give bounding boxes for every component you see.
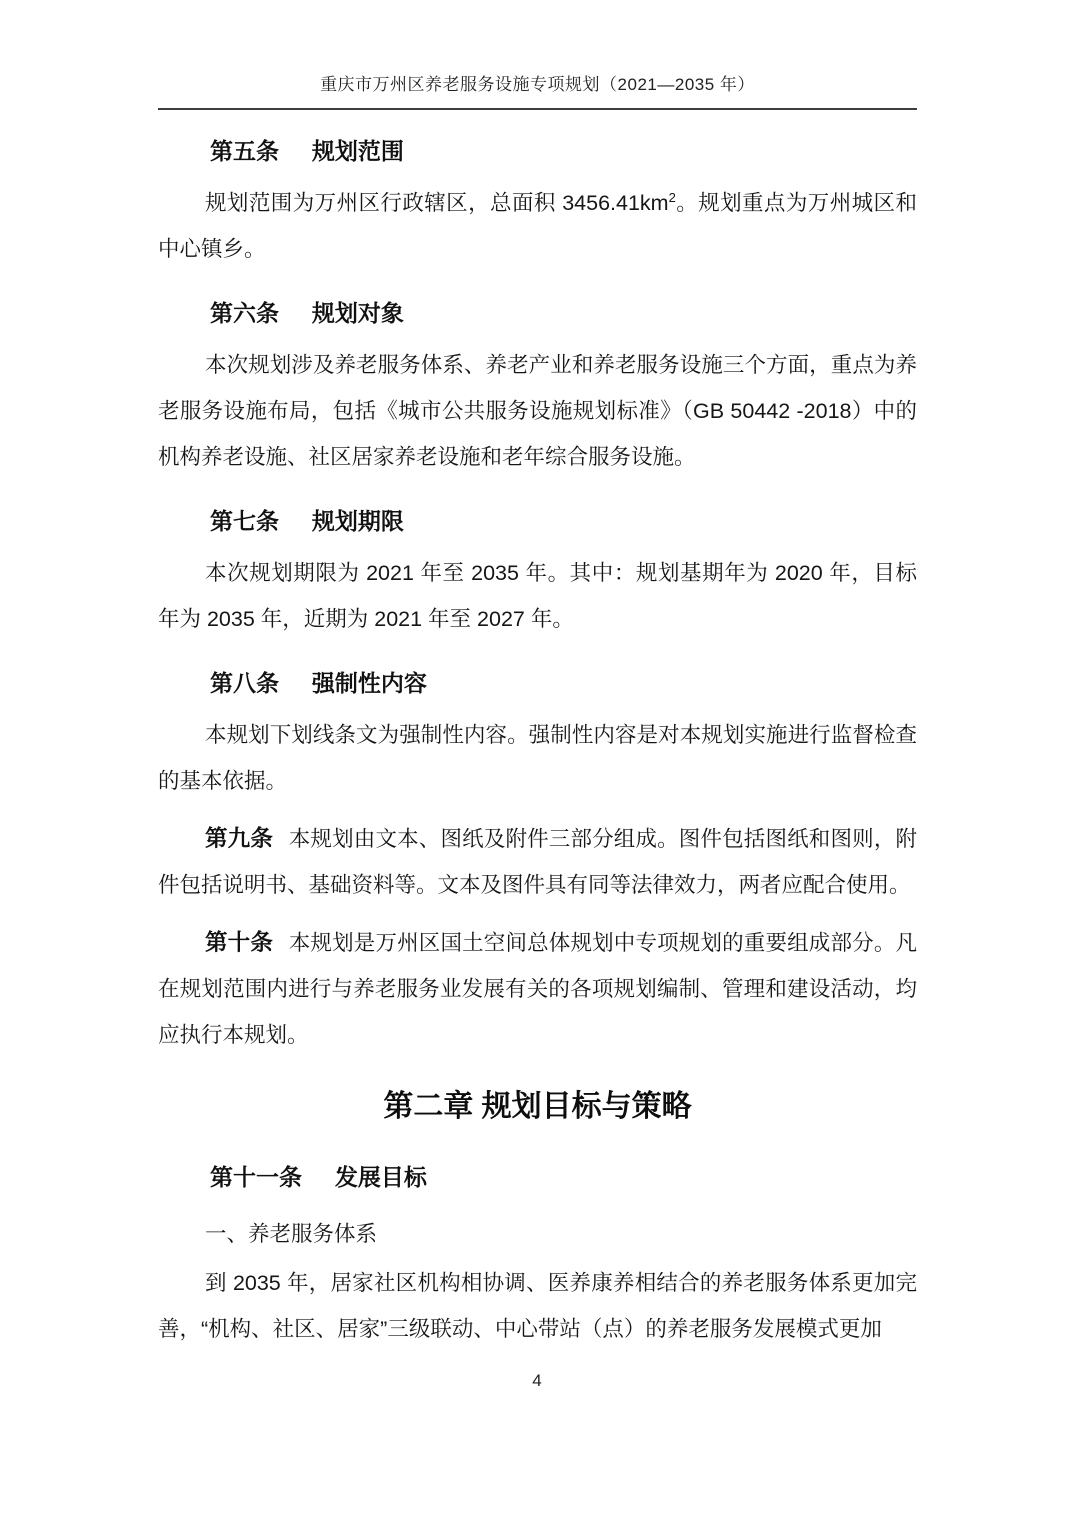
header-title: 重庆市万州区养老服务设施专项规划（2021—2035 年） bbox=[320, 75, 755, 94]
article9-label: 第九条 bbox=[205, 826, 273, 851]
article6-heading-label: 第六条 bbox=[210, 300, 279, 326]
page-footer: 4 bbox=[0, 1366, 1074, 1396]
article5-heading-label: 第五条 bbox=[210, 138, 279, 164]
article8-heading: 第八条 强制性内容 bbox=[158, 668, 917, 698]
article6-body: 本次规划涉及养老服务体系、养老产业和养老服务设施三个方面，重点为养老服务设施布局… bbox=[158, 342, 917, 480]
article8-heading-label: 第八条 bbox=[210, 670, 279, 696]
km-superscript: 2 bbox=[669, 190, 676, 205]
article6-heading: 第六条 规划对象 bbox=[158, 298, 917, 328]
document-page: 重庆市万州区养老服务设施专项规划（2021—2035 年） 第五条 规划范围 规… bbox=[0, 0, 1074, 1520]
article11-body: 到 2035 年，居家社区机构相协调、医养康养相结合的养老服务体系更加完善，“机… bbox=[158, 1260, 917, 1352]
article9-paragraph: 第九条本规划由文本、图纸及附件三部分组成。图件包括图纸和图则，附件包括说明书、基… bbox=[158, 816, 917, 908]
article7-heading: 第七条 规划期限 bbox=[158, 506, 917, 536]
article11-heading-label: 第十一条 bbox=[210, 1164, 302, 1190]
article11-heading-title: 发展目标 bbox=[335, 1164, 427, 1190]
chapter2-title: 第二章 规划目标与策略 bbox=[158, 1084, 917, 1130]
document-content: 第五条 规划范围 规划范围为万州区行政辖区，总面积 3456.41km2。规划重… bbox=[158, 136, 917, 1352]
article11-item1-title: 一、养老服务体系 bbox=[158, 1216, 917, 1252]
article8-heading-title: 强制性内容 bbox=[312, 670, 427, 696]
article5-body-text: 规划范围为万州区行政辖区，总面积 3456.41km bbox=[205, 191, 669, 215]
article6-heading-title: 规划对象 bbox=[312, 300, 404, 326]
article7-heading-title: 规划期限 bbox=[312, 508, 404, 534]
article5-heading: 第五条 规划范围 bbox=[158, 136, 917, 166]
page-header: 重庆市万州区养老服务设施专项规划（2021—2035 年） bbox=[158, 72, 917, 110]
article8-body: 本规划下划线条文为强制性内容。强制性内容是对本规划实施进行监督检查的基本依据。 bbox=[158, 712, 917, 804]
article10-label: 第十条 bbox=[205, 930, 273, 955]
article11-heading: 第十一条 发展目标 bbox=[158, 1162, 917, 1192]
page-number: 4 bbox=[532, 1371, 541, 1390]
article7-body: 本次规划期限为 2021 年至 2035 年。其中：规划基期年为 2020 年，… bbox=[158, 550, 917, 642]
article7-heading-label: 第七条 bbox=[210, 508, 279, 534]
article5-body: 规划范围为万州区行政辖区，总面积 3456.41km2。规划重点为万州城区和中心… bbox=[158, 180, 917, 272]
article5-heading-title: 规划范围 bbox=[312, 138, 404, 164]
article10-paragraph: 第十条本规划是万州区国土空间总体规划中专项规划的重要组成部分。凡在规划范围内进行… bbox=[158, 920, 917, 1058]
